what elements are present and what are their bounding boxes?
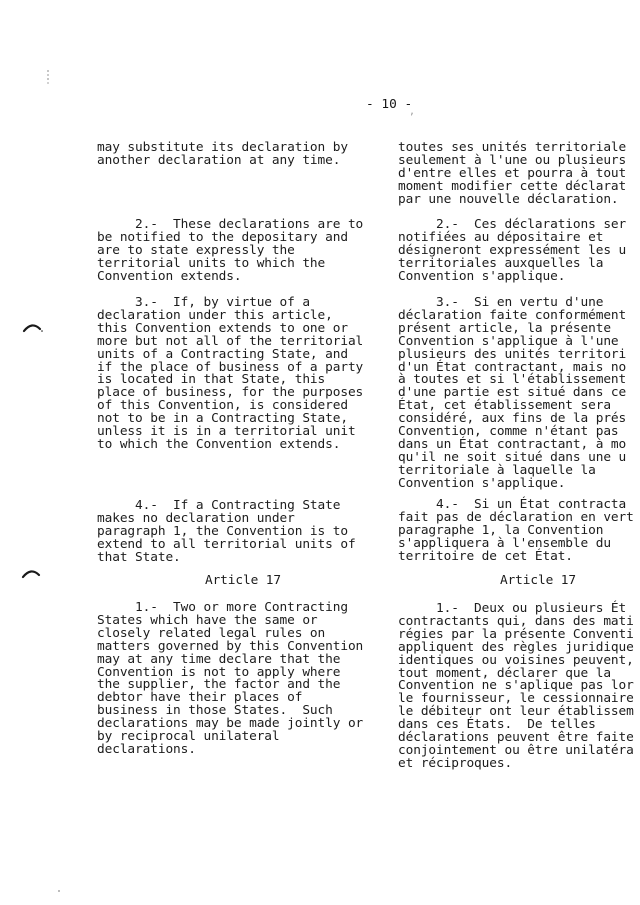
paragraph: 4.- Si un État contracta fait pas de déc… [398,499,640,564]
column-french-text: toutes ses unités territoriale seulement… [398,0,640,905]
scan-speck-marks [47,70,49,72]
paragraph: 1.- Two or more Contracting States which… [97,602,389,757]
paragraph: may substitute its declaration by anothe… [97,142,389,168]
scanned-document-page: - 10 - , may substitute its declaration … [0,0,640,905]
margin-pen-arc-icon [22,322,44,338]
paragraph: 2.- Ces déclarations ser notifiées au dé… [398,219,640,284]
paragraph: 2.- These declarations are to be notifie… [97,219,389,284]
column-english-text: may substitute its declaration by anothe… [97,0,389,905]
paragraph: 3.- Si en vertu d'une déclaration faite … [398,297,640,491]
scan-speck [58,890,60,892]
paragraph: 3.- If, by virtue of a declaration under… [97,297,389,452]
paragraph: toutes ses unités territoriale seulement… [398,142,640,207]
paragraph: 1.- Deux ou plusieurs Ét contractants qu… [398,603,640,771]
paragraph: 4.- If a Contracting State makes no decl… [97,500,389,565]
margin-pen-arc-icon [21,568,43,584]
article-heading: Article 17 [97,575,389,588]
article-heading: Article 17 [398,575,640,588]
